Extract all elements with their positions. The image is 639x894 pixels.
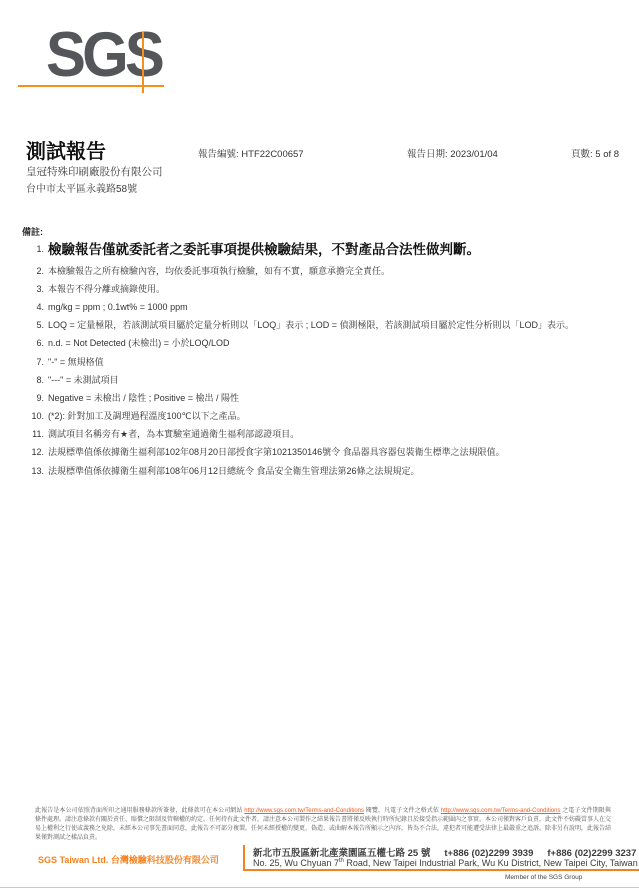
note-number: 7. — [22, 357, 48, 369]
footer-address-en-post: Road, New Taipei Industrial Park, Wu Ku … — [344, 858, 638, 868]
notes-label: 備註: — [22, 227, 604, 239]
note-number: 11. — [22, 429, 48, 441]
legal-disclaimer: 此報告是本公司依照背面所印之通用服務條款所簽發，此條款可在本公司網站 http:… — [35, 807, 611, 843]
note-text: (*2): 針對加工及調理過程溫度100℃以下之產品。 — [48, 411, 596, 423]
note-item-1: 1. 檢驗報告僅就委託者之委託事項提供檢驗結果，不對產品合法性做判斷。 — [22, 242, 604, 259]
note-text: LOQ = 定量極限，若該測試項目屬於定量分析則以「LOQ」表示 ; LOD =… — [48, 320, 596, 332]
note-item-8: 8. "---" = 未測試項目 — [22, 375, 604, 387]
report-date-label: 報告日期: — [407, 149, 448, 160]
note-item-7: 7. "-" = 無規格值 — [22, 357, 604, 369]
note-number: 6. — [22, 338, 48, 350]
page-bottom-line — [0, 887, 639, 888]
note-number: 10. — [22, 411, 48, 423]
note-text: Negative = 未檢出 / 陰性 ; Positive = 檢出 / 陽性 — [48, 393, 596, 405]
note-number: 13. — [22, 466, 48, 478]
footer-address-zh: 新北市五股區新北產業園區五權七路 25 號t+886 (02)2299 3939… — [253, 845, 636, 859]
page-title: 測試報告 — [26, 135, 106, 164]
note-item-11: 11. 測試項目名稱旁有★者，為本實驗室通過衛生福利部認證項目。 — [22, 429, 604, 441]
note-text: mg/kg = ppm ; 0.1wt% = 1000 ppm — [48, 302, 596, 314]
note-text: n.d. = Not Detected (未檢出) = 小於LOQ/LOD — [48, 338, 596, 350]
footer-address-en: No. 25, Wu Chyuan 7th Road, New Taipei I… — [253, 858, 638, 868]
note-item-6: 6. n.d. = Not Detected (未檢出) = 小於LOQ/LOD — [22, 338, 604, 350]
terms-link-electronic[interactable]: http://www.sgs.com.tw/Terms-and-Conditio… — [441, 808, 561, 814]
note-item-10: 10. (*2): 針對加工及調理過程溫度100℃以下之產品。 — [22, 411, 604, 423]
note-text: 法規標準值係依據衛生福利部102年08月20日部授食字第1021350146號令… — [48, 447, 596, 459]
footer-address-en-pre: No. 25, Wu Chyuan 7 — [253, 858, 339, 868]
disclaimer-text: 此報告是本公司依照背面所印之通用服務條款所簽發，此條款可在本公司網站 — [35, 808, 244, 814]
note-number: 2. — [22, 266, 48, 278]
note-number: 8. — [22, 375, 48, 387]
member-of-sgs-group: Member of the SGS Group — [505, 874, 582, 881]
report-page: SGS 測試報告 報告編號: HTF22C00657 報告日期: 2023/01… — [0, 0, 639, 894]
footer-company-name: SGS Taiwan Ltd. 台灣檢驗科技股份有限公司 — [38, 853, 238, 866]
page-count-label: 頁數: — [571, 149, 593, 160]
note-text: 檢驗報告僅就委託者之委託事項提供檢驗結果，不對產品合法性做判斷。 — [48, 242, 596, 259]
note-item-13: 13. 法規標準值係依據衛生福利部108年06月12日總統令 食品安全衛生管理法… — [22, 466, 604, 478]
report-number: 報告編號: HTF22C00657 — [198, 146, 304, 160]
footer-divider-horizontal — [243, 869, 639, 871]
note-number: 1. — [22, 242, 48, 259]
note-text: "---" = 未測試項目 — [48, 375, 596, 387]
note-item-3: 3. 本報告不得分離或摘錄使用。 — [22, 284, 604, 296]
client-address: 台中市太平區永義路58號 — [26, 180, 137, 195]
note-text: 法規標準值係依據衛生福利部108年06月12日總統令 食品安全衛生管理法第26條… — [48, 466, 596, 478]
report-date-value: 2023/01/04 — [450, 149, 498, 160]
page-count: 頁數: 5 of 8 — [571, 146, 619, 160]
note-text: "-" = 無規格值 — [48, 357, 596, 369]
page-count-value: 5 of 8 — [595, 149, 619, 160]
terms-link[interactable]: http://www.sgs.com.tw/Terms-and-Conditio… — [244, 808, 364, 814]
note-number: 12. — [22, 447, 48, 459]
note-text: 本報告不得分離或摘錄使用。 — [48, 284, 596, 296]
note-number: 3. — [22, 284, 48, 296]
report-number-label: 報告編號: — [198, 149, 239, 160]
client-name: 皇冠特殊印刷廠股份有限公司 — [26, 164, 163, 179]
report-date: 報告日期: 2023/01/04 — [407, 146, 498, 160]
note-number: 5. — [22, 320, 48, 332]
footer-divider-vertical — [243, 845, 245, 869]
note-text: 本檢驗報告之所有檢驗內容，均依委託事項執行檢驗，如有不實，願意承擔完全責任。 — [48, 266, 596, 278]
logo-crosshair-vertical — [142, 32, 144, 93]
notes-section: 備註: 1. 檢驗報告僅就委託者之委託事項提供檢驗結果，不對產品合法性做判斷。 … — [22, 227, 604, 484]
disclaimer-text: 閱覽，凡電子文件之格式依 — [364, 808, 441, 814]
note-item-12: 12. 法規標準值係依據衛生福利部102年08月20日部授食字第10213501… — [22, 447, 604, 459]
note-number: 4. — [22, 302, 48, 314]
note-item-4: 4. mg/kg = ppm ; 0.1wt% = 1000 ppm — [22, 302, 604, 314]
note-number: 9. — [22, 393, 48, 405]
note-item-2: 2. 本檢驗報告之所有檢驗內容，均依委託事項執行檢驗，如有不實，願意承擔完全責任… — [22, 266, 604, 278]
report-number-value: HTF22C00657 — [241, 149, 303, 160]
note-item-9: 9. Negative = 未檢出 / 陰性 ; Positive = 檢出 /… — [22, 393, 604, 405]
note-item-5: 5. LOQ = 定量極限，若該測試項目屬於定量分析則以「LOQ」表示 ; LO… — [22, 320, 604, 332]
note-text: 測試項目名稱旁有★者，為本實驗室通過衛生福利部認證項目。 — [48, 429, 596, 441]
